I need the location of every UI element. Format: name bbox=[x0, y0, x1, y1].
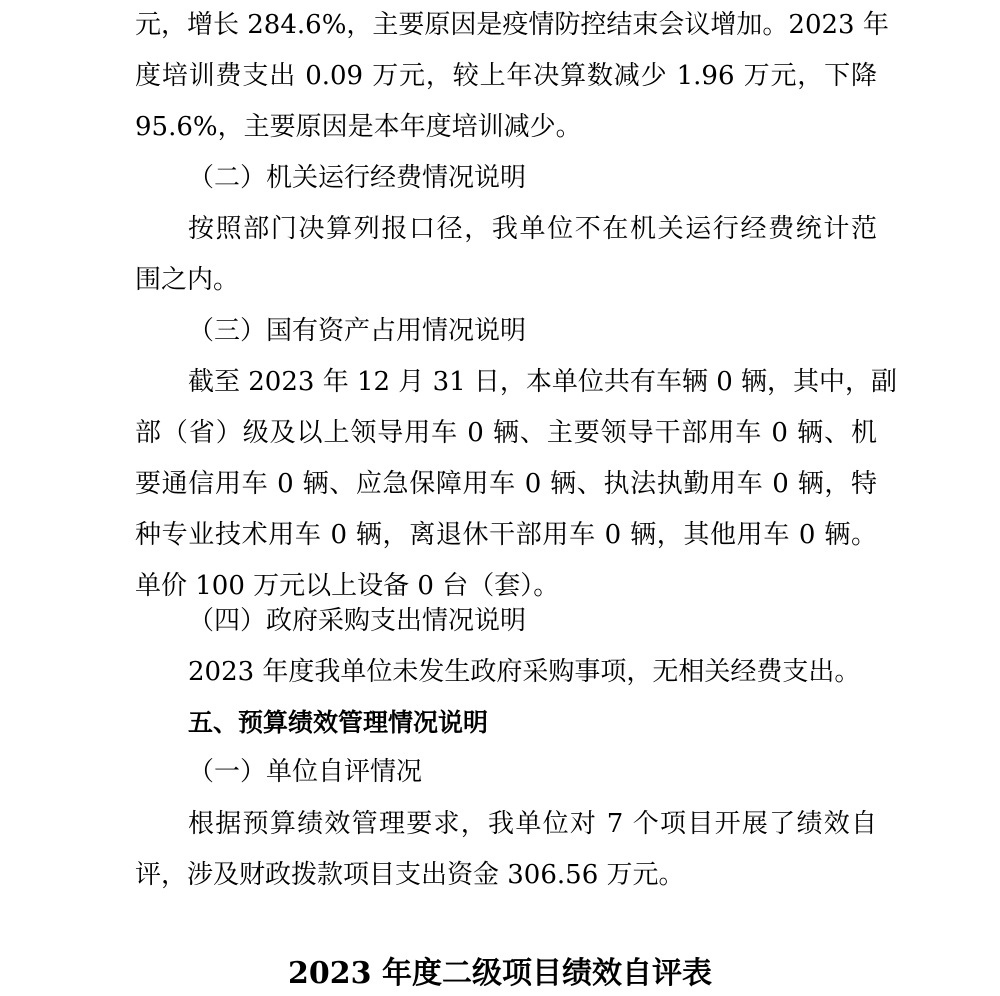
subheading-self-evaluation: （一）单位自评情况 bbox=[188, 747, 422, 798]
paragraph-line: 根据预算绩效管理要求，我单位对 7 个项目开展了绩效自 bbox=[188, 799, 877, 850]
paragraph-line: 截至 2023 年 12 月 31 日，本单位共有车辆 0 辆，其中，副 bbox=[188, 357, 877, 408]
paragraph-line: 评，涉及财政拨款项目支出资金 306.56 万元。 bbox=[135, 850, 685, 901]
paragraph-line: 95.6%，主要原因是本年度培训减少。 bbox=[135, 102, 582, 153]
paragraph-line: 度培训费支出 0.09 万元，较上年决算数减少 1.96 万元，下降 bbox=[135, 51, 877, 102]
paragraph-line: 按照部门决算列报口径，我单位不在机关运行经费统计范 bbox=[188, 204, 877, 255]
paragraph-line: 围之内。 bbox=[135, 255, 239, 306]
paragraph-line: 种专业技术用车 0 辆，离退休干部用车 0 辆，其他用车 0 辆。 bbox=[135, 510, 877, 561]
section-heading-performance-management: 五、预算绩效管理情况说明 bbox=[188, 697, 488, 748]
paragraph-line: 部（省）级及以上领导用车 0 辆、主要领导干部用车 0 辆、机 bbox=[135, 408, 877, 459]
subheading-operating-expenses: （二）机关运行经费情况说明 bbox=[188, 153, 526, 204]
subheading-state-assets: （三）国有资产占用情况说明 bbox=[188, 306, 526, 357]
table-title: 2023 年度二级项目绩效自评表 bbox=[0, 952, 1000, 996]
subheading-government-procurement: （四）政府采购支出情况说明 bbox=[188, 596, 526, 647]
paragraph-line: 2023 年度我单位未发生政府采购事项，无相关经费支出。 bbox=[188, 647, 860, 698]
paragraph-line: 要通信用车 0 辆、应急保障用车 0 辆、执法执勤用车 0 辆，特 bbox=[135, 459, 877, 510]
paragraph-line: 元，增长 284.6%，主要原因是疫情防控结束会议增加。2023 年 bbox=[135, 0, 877, 51]
